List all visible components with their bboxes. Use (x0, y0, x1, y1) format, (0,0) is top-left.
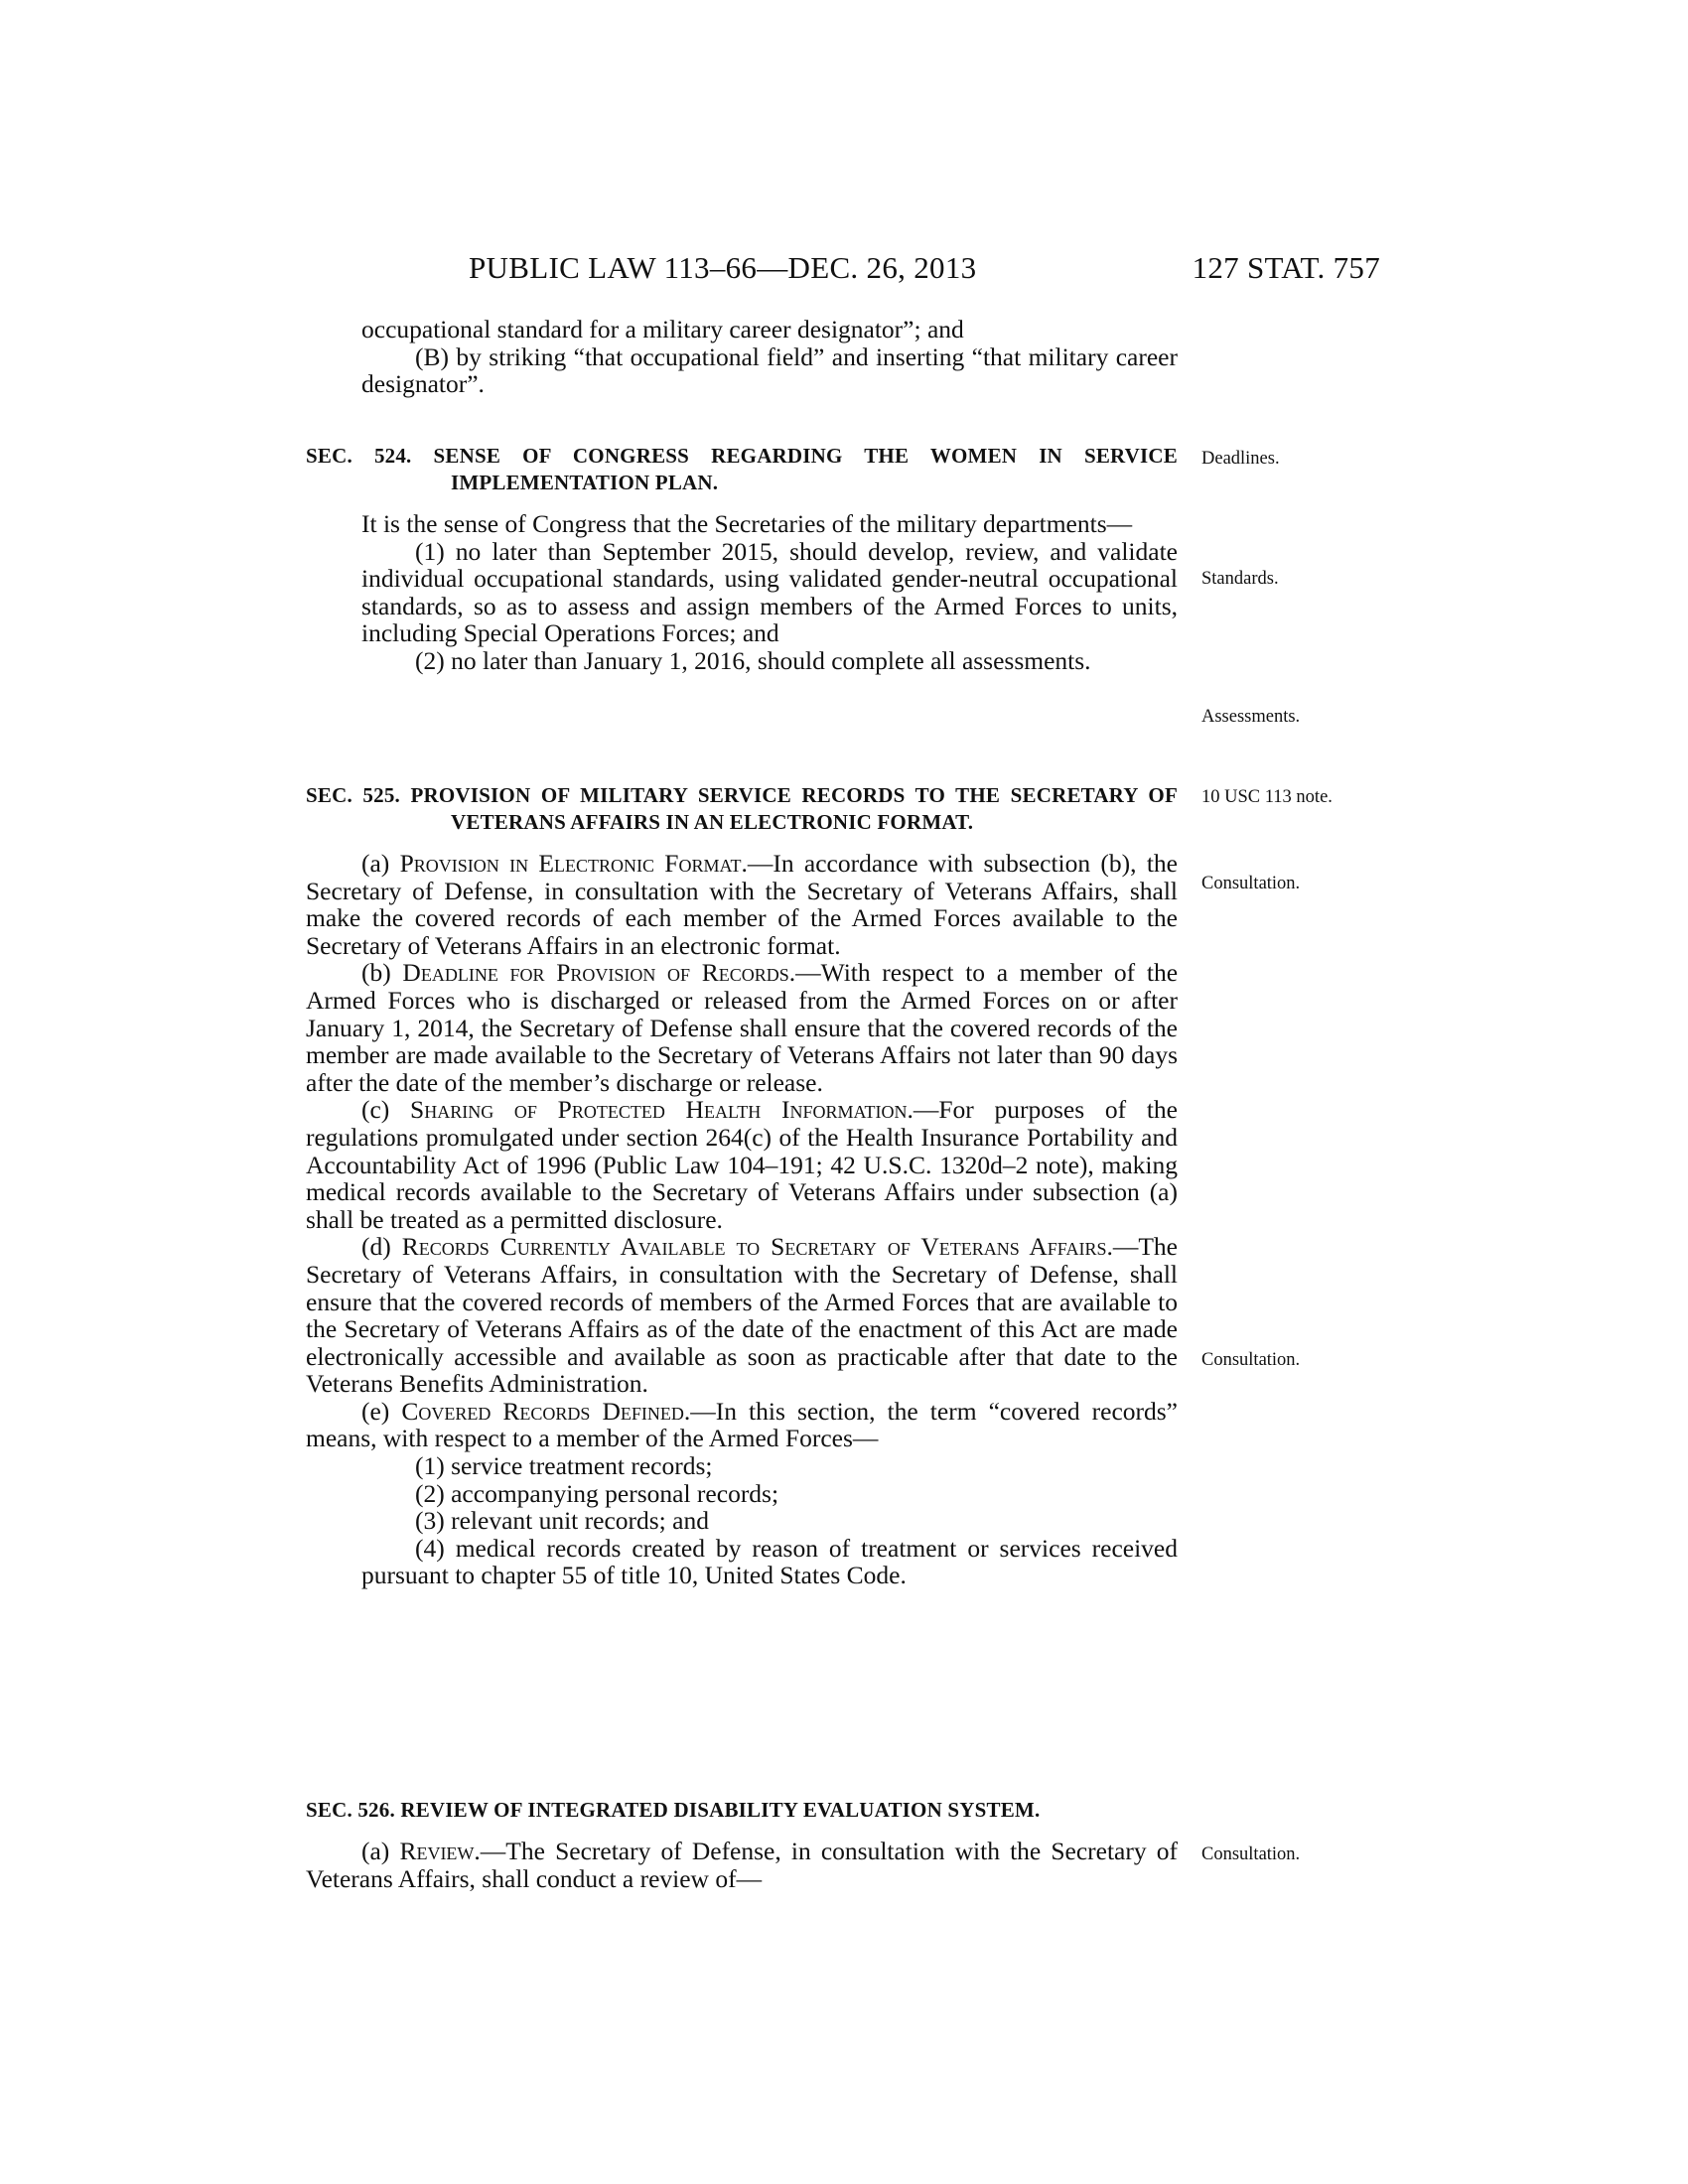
subsection-d-caption: Records Currently Available to Secretary… (402, 1232, 1113, 1261)
carryover-line: occupational standard for a military car… (306, 316, 1178, 343)
subsection-d: (d) Records Currently Available to Secre… (306, 1233, 1178, 1398)
stat-page-number: 127 STAT. 757 (1193, 250, 1380, 286)
running-header: PUBLIC LAW 113–66—DEC. 26, 2013 127 STAT… (469, 250, 1380, 290)
section-525: SEC. 525. PROVISION OF MILITARY SERVICE … (306, 782, 1178, 1589)
section-526: SEC. 526. REVIEW OF INTEGRATED DISABILIT… (306, 1797, 1178, 1892)
covered-record-item-3: (3) relevant unit records; and (306, 1507, 1178, 1535)
margin-note-consultation-a: Consultation. (1201, 874, 1300, 894)
section-524-item-1: (1) no later than September 2015, should… (306, 538, 1178, 647)
margin-note-citation: 10 USC 113 note. (1201, 787, 1333, 808)
section-524-item-2: (2) no later than January 1, 2016, shoul… (306, 647, 1178, 675)
subsection-e: (e) Covered Records Defined.—In this sec… (306, 1398, 1178, 1452)
subsection-e-caption: Covered Records Defined. (401, 1397, 690, 1426)
margin-note-deadlines: Deadlines. (1201, 449, 1280, 470)
subsection-b: (b) Deadline for Provision of Records.—W… (306, 959, 1178, 1096)
subsection-b-caption: Deadline for Provision of Records. (402, 958, 795, 987)
margin-note-assessments: Assessments. (1201, 707, 1300, 728)
covered-record-item-4: (4) medical records created by reason of… (306, 1535, 1178, 1589)
section-526-subsection-a-caption: Review. (399, 1837, 480, 1865)
section-524-heading: SEC. 524. SENSE OF CONGRESS REGARDING TH… (306, 443, 1178, 496)
subsection-c-caption: Sharing of Protected Health Information. (410, 1095, 914, 1124)
public-law-title: PUBLIC LAW 113–66—DEC. 26, 2013 (469, 250, 976, 286)
section-526-subsection-a: (a) Review.—The Secretary of Defense, in… (306, 1838, 1178, 1892)
section-524-lead: It is the sense of Congress that the Sec… (306, 510, 1178, 538)
section-526-heading: SEC. 526. REVIEW OF INTEGRATED DISABILIT… (306, 1797, 1178, 1824)
subsection-a: (a) Provision in Electronic Format.—In a… (306, 850, 1178, 959)
margin-note-standards: Standards. (1201, 569, 1279, 590)
section-524: SEC. 524. SENSE OF CONGRESS REGARDING TH… (306, 443, 1178, 675)
margin-note-consultation-526: Consultation. (1201, 1844, 1300, 1865)
margin-note-consultation-d: Consultation. (1201, 1350, 1300, 1371)
covered-record-item-2: (2) accompanying personal records; (306, 1480, 1178, 1508)
carryover-text: occupational standard for a military car… (306, 316, 1178, 398)
subsection-a-caption: Provision in Electronic Format. (400, 849, 748, 878)
section-525-heading: SEC. 525. PROVISION OF MILITARY SERVICE … (306, 782, 1178, 836)
carryover-item-b: (B) by striking “that occupational field… (306, 343, 1178, 398)
subsection-c: (c) Sharing of Protected Health Informat… (306, 1096, 1178, 1233)
covered-record-item-1: (1) service treatment records; (306, 1452, 1178, 1480)
